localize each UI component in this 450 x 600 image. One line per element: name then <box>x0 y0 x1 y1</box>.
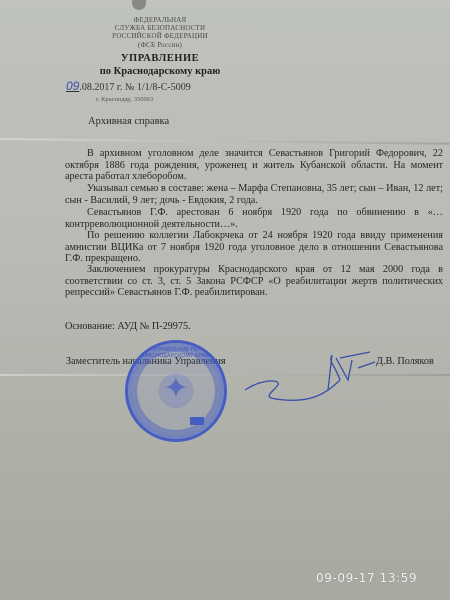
city-address: г. Краснодар, 350063 <box>96 96 153 103</box>
paper-fold-line <box>0 138 450 145</box>
org-line: ФЕДЕРАЛЬНАЯ <box>60 16 260 24</box>
basis-line: Основание: АУД № П-29975. <box>65 321 191 332</box>
official-stamp: УПРАВЛЕНИЕ ПО КРАСНОДАРСКОМУ КРАЮ ✦ <box>125 340 227 442</box>
photo-timestamp: 09-09-17 13:59 <box>316 571 417 585</box>
org-line: (ФСБ России) <box>60 41 260 49</box>
paragraph: Указывал семью в составе: жена – Марфа С… <box>65 183 443 206</box>
document-title: Архивная справка <box>88 116 169 127</box>
fsb-emblem-icon <box>132 0 146 10</box>
handwritten-signature <box>240 350 380 410</box>
paragraph: В архивном уголовном деле значится Севас… <box>65 148 443 183</box>
paragraph: Севастьянов Г.Ф. арестован 6 ноября 1920… <box>65 207 443 230</box>
date-and-number: .08.2017 г. № 1/1/8-С-5009 <box>79 82 190 93</box>
stamp-text: УПРАВЛЕНИЕ ПО КРАСНОДАРСКОМУ КРАЮ <box>138 347 214 359</box>
double-headed-eagle-icon: ✦ <box>158 371 194 407</box>
org-line: РОССИЙСКОЙ ФЕДЕРАЦИИ <box>60 32 260 40</box>
paragraph: Заключением прокуратуры Краснодарского к… <box>65 264 443 299</box>
signatory-name: Д.В. Поляков <box>376 356 434 367</box>
reference-number: 09.08.2017 г. № 1/1/8-С-5009 <box>66 79 191 93</box>
paragraph: По решению коллегии Лабокрчека от 24 ноя… <box>65 230 443 265</box>
department-region: по Краснодарскому краю <box>60 66 260 77</box>
department-title: УПРАВЛЕНИЕ <box>60 53 260 64</box>
stamp-box-icon <box>190 417 204 425</box>
handwritten-day: 09 <box>66 79 79 93</box>
org-line: СЛУЖБА БЕЗОПАСНОСТИ <box>60 24 260 32</box>
paper-fold-line <box>0 374 450 376</box>
